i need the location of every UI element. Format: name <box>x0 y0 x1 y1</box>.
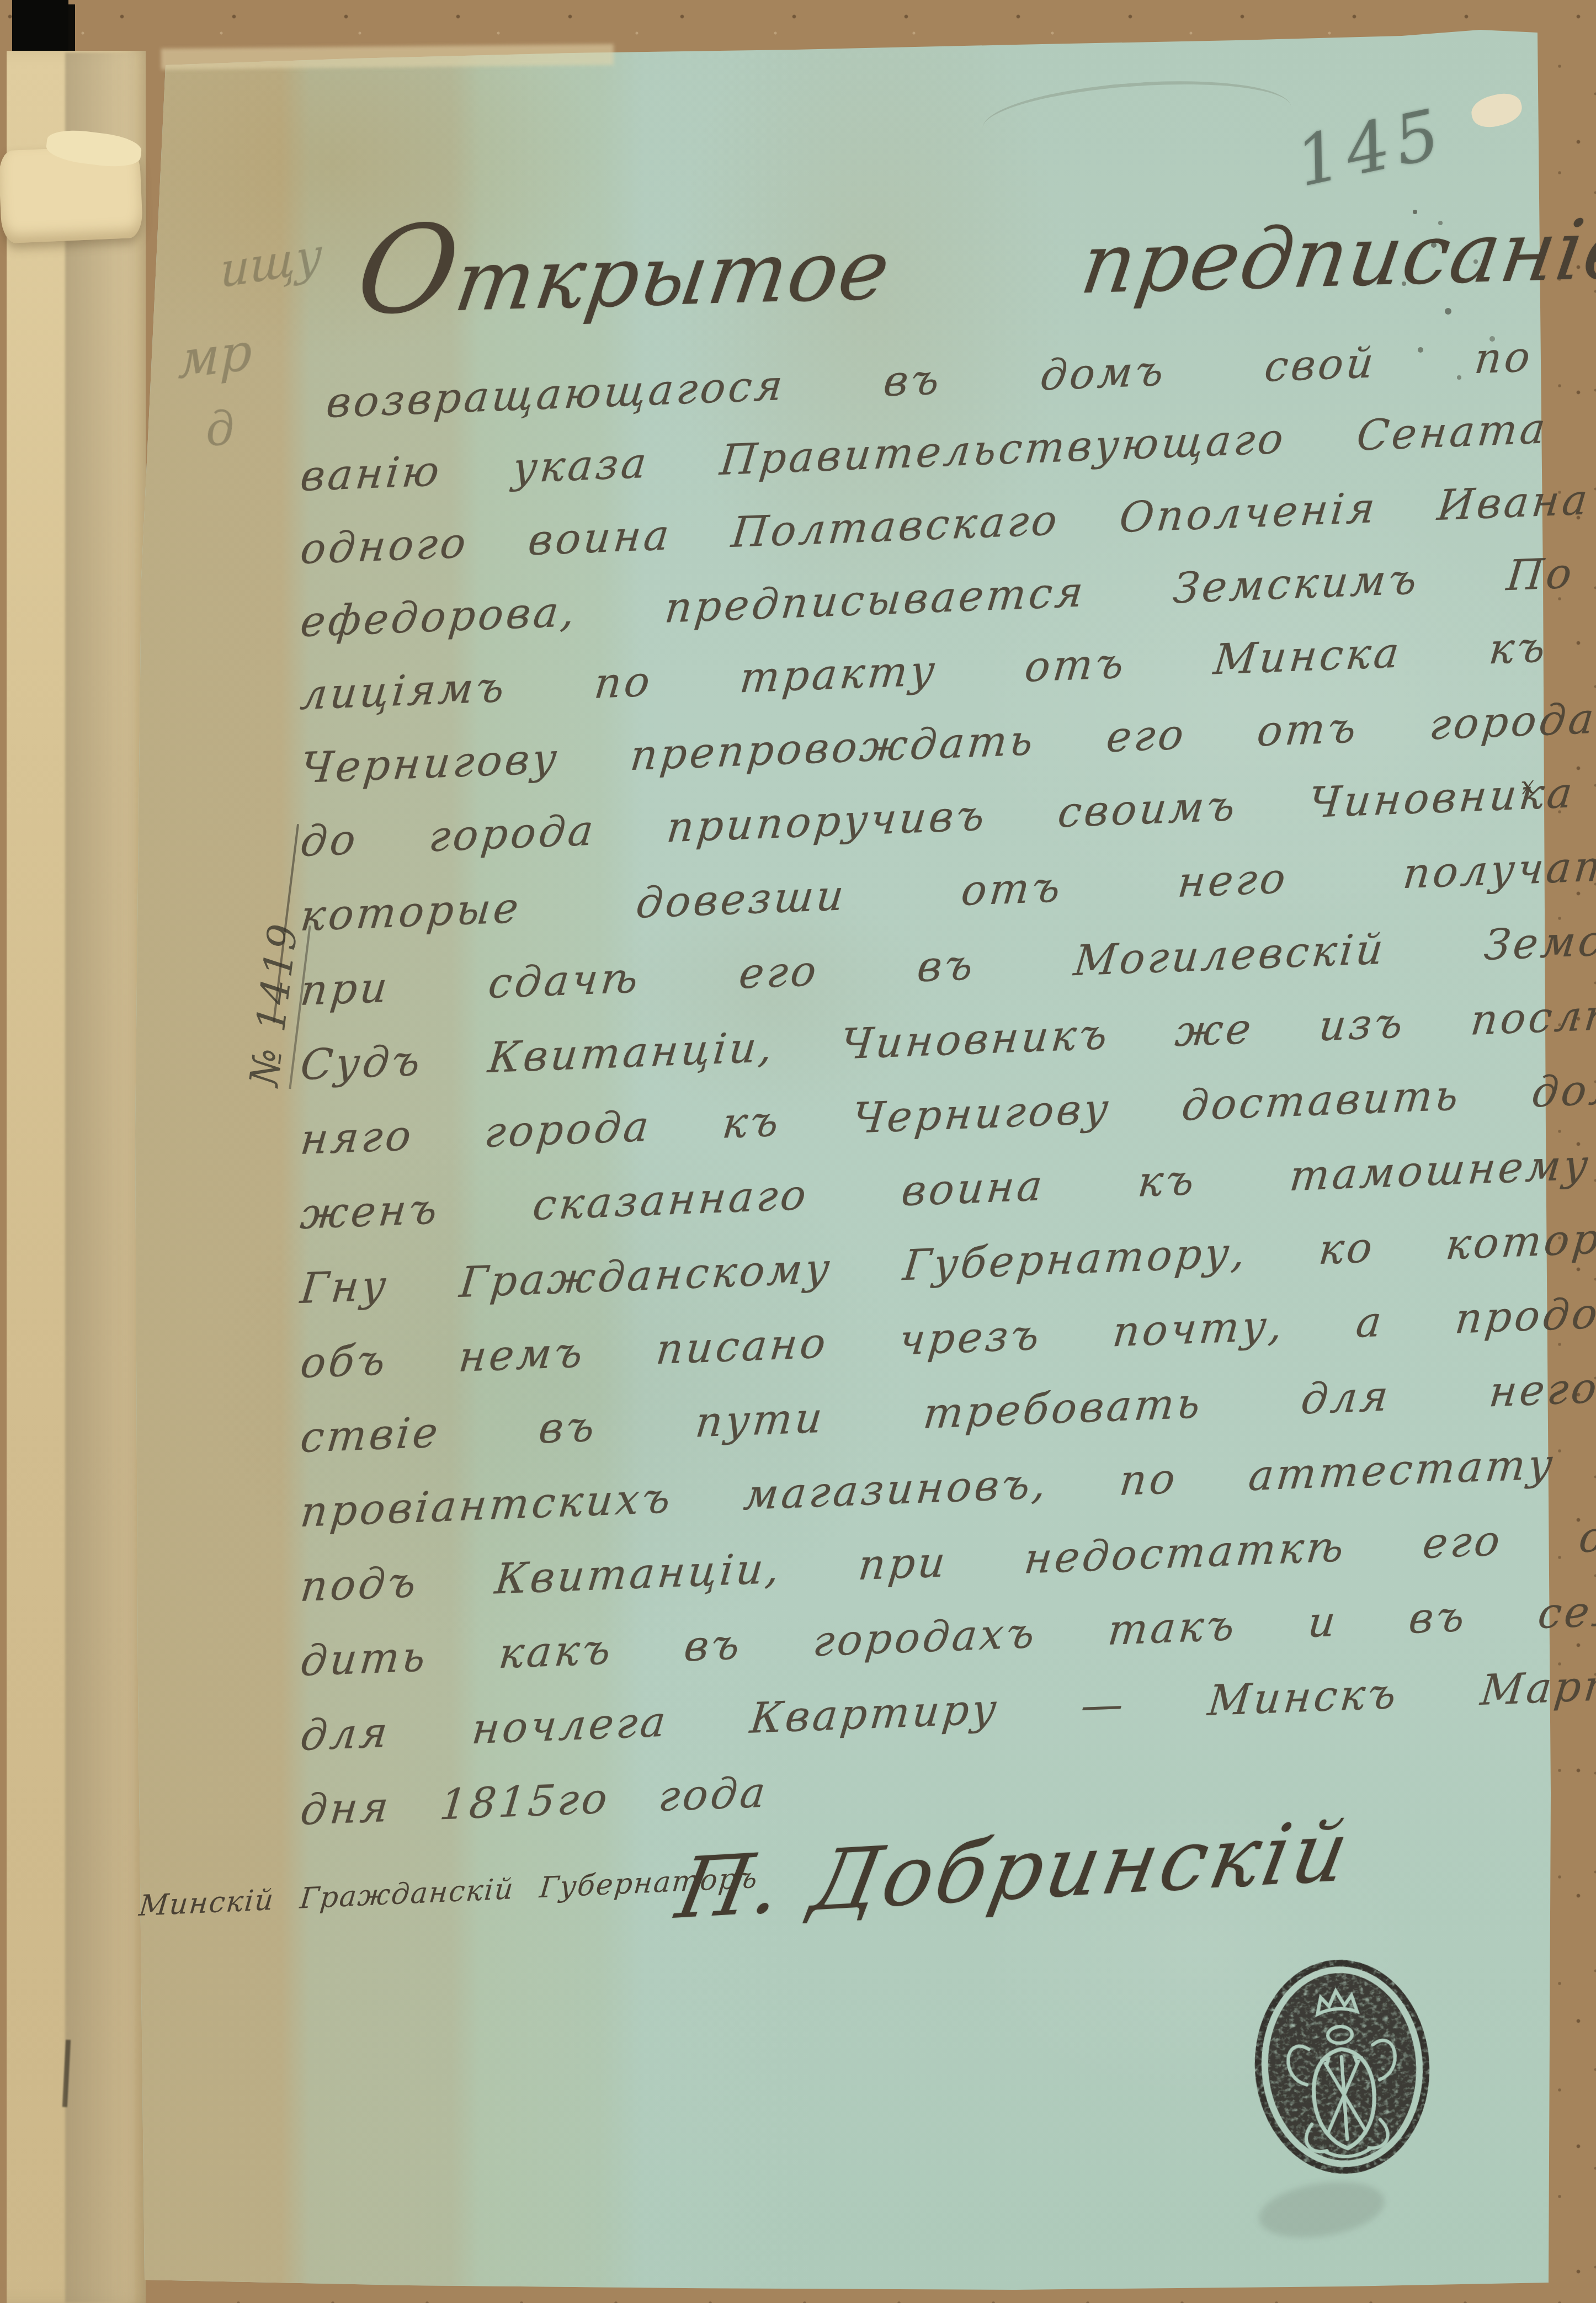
ink-spatter-dots <box>1413 210 1417 214</box>
previous-leaf-shadow-strip <box>65 52 135 2303</box>
coat-of-arms-seal-icon <box>1246 1950 1438 2183</box>
archival-scan: 145 Открытое предписаніе возвращающагося… <box>0 0 1596 2303</box>
pencil-scribble: мр <box>178 322 253 391</box>
binding-gap <box>12 0 68 54</box>
superscript-insertion-mark: х <box>1519 771 1536 800</box>
pencil-scribble: д <box>203 401 237 457</box>
